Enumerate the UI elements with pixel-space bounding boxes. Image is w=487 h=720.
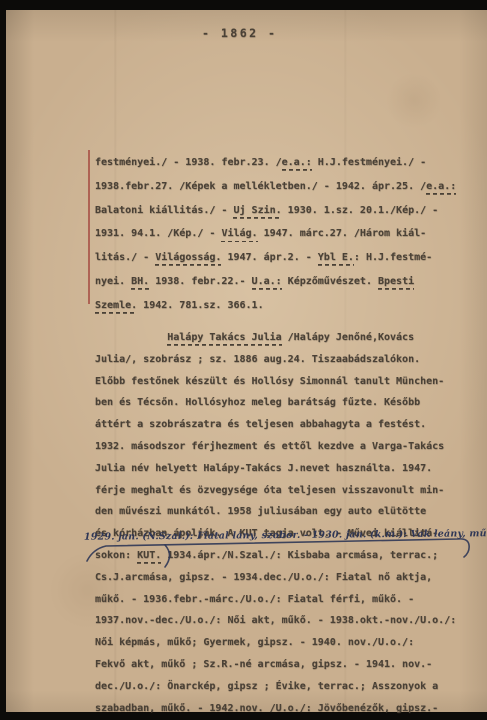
typed-text: Julia név helyett Halápy-Takács J.nevet …: [95, 463, 432, 474]
scan-edge-left: [0, 0, 6, 720]
underlined-text: BH.: [131, 276, 149, 290]
typed-text: áttért a szobrászatra és teljesen abbaha…: [95, 419, 426, 430]
typed-text: 1934.ápr./N.Szal./: Kisbaba arcmása, ter…: [161, 550, 438, 561]
typed-text: festményei./ - 1938. febr.23. /: [95, 157, 282, 168]
typed-text: Női képmás, műkő; Gyermek, gipsz. - 1940…: [95, 637, 414, 648]
underlined-text: Halápy Takács Julia: [167, 332, 281, 346]
typed-text: H.J.festményei./ -: [312, 157, 426, 168]
underlined-text: Szemle.: [95, 300, 137, 314]
underlined-text: e.a.:: [426, 181, 456, 195]
scanned-document-page: - 1862 - festményei./ - 1938. febr.23. /…: [0, 0, 487, 720]
paragraph-biography: Halápy Takács Julia /Halápy Jenőné,Kovác…: [95, 327, 456, 719]
typed-text: 1938. febr.22.-: [149, 276, 251, 287]
typed-text: /Halápy Jenőné,Kovács: [282, 332, 414, 343]
typed-line: Fekvő akt, műkő ; Sz.R.-né arcmása, gips…: [95, 654, 456, 676]
typed-text: Képzőművészet.: [282, 276, 378, 287]
typed-line: Szemle. 1942. 781.sz. 366.1.: [95, 294, 456, 318]
typed-line: sokon: KUT. 1934.ápr./N.Szal./: Kisbaba …: [95, 545, 456, 567]
typed-text: [95, 332, 167, 343]
typed-text: Fekvő akt, műkő ; Sz.R.-né arcmása, gips…: [95, 659, 432, 670]
typed-text: 1938.febr.27. /Képek a mellékletben./ - …: [95, 181, 426, 192]
typed-line: férje meghalt és özvegysége óta teljesen…: [95, 480, 456, 502]
typed-line: Cs.J.arcmása, gipsz. - 1934.dec./U.o./: …: [95, 567, 456, 589]
underlined-text: Világosság.: [155, 252, 221, 266]
page-number: - 1862 -: [202, 26, 277, 40]
typed-text: den művészi munkától. 1958 juliusában eg…: [95, 506, 426, 517]
typed-text: dec./U.o./: Önarckép, gipsz ; Évike, ter…: [95, 681, 438, 692]
paragraph-bibliography: festményei./ - 1938. febr.23. /e.a.: H.J…: [95, 151, 456, 318]
typed-text: 1932. másodszor férjhezment és ettől kez…: [95, 441, 444, 452]
typed-text: műkő. - 1936.febr.-márc./U.o./: Fiatal f…: [95, 594, 414, 605]
typed-text: 1937.nov.-dec./U.o./: Női akt, műkő. - 1…: [95, 615, 456, 626]
typed-line: Balatoni kiállitás./ - Uj Szin. 1930. 1.…: [95, 199, 456, 223]
typed-line: Julia név helyett Halápy-Takács J.nevet …: [95, 458, 456, 480]
typed-text: litás./ -: [95, 252, 155, 263]
typed-text: 1931. 94.1. /Kép./ -: [95, 228, 221, 239]
typed-line: ben és Técsőn. Hollósyhoz meleg barátság…: [95, 392, 456, 414]
typed-line: 1938.febr.27. /Képek a mellékletben./ - …: [95, 175, 456, 199]
typed-line: 1932. másodszor férjhezment és ettől kez…: [95, 436, 456, 458]
underlined-text: Uj Szin.: [233, 205, 281, 219]
typed-line: den művészi munkától. 1958 juliusában eg…: [95, 501, 456, 523]
typed-line: szabadban, műkő. - 1942.nov. /U.o./: Jöv…: [95, 698, 456, 720]
typed-line: Női képmás, műkő; Gyermek, gipsz. - 1940…: [95, 632, 456, 654]
underlined-text: U.a.:: [252, 276, 282, 290]
typed-text: ben és Técsőn. Hollósyhoz meleg barátság…: [95, 397, 420, 408]
typed-text: 1942. 781.sz. 366.1.: [137, 300, 263, 311]
typed-text: Balatoni kiállitás./ -: [95, 205, 233, 216]
underlined-text: KUT.: [137, 550, 161, 564]
typed-line: 1931. 94.1. /Kép./ - Világ. 1947. márc.2…: [95, 222, 456, 246]
typed-line: festményei./ - 1938. febr.23. /e.a.: H.J…: [95, 151, 456, 175]
typed-text: : H.J.festmé-: [354, 252, 432, 263]
typed-line: áttért a szobrászatra és teljesen abbaha…: [95, 414, 456, 436]
typed-line: műkő. - 1936.febr.-márc./U.o./: Fiatal f…: [95, 589, 456, 611]
underlined-text: e.a.:: [282, 157, 312, 171]
typed-text: 1930. 1.sz. 20.1./Kép./ -: [282, 205, 439, 216]
typed-line: nyei. BH. 1938. febr.22.- U.a.: Képzőműv…: [95, 270, 456, 294]
typed-text: 1947. márc.27. /Három kiál-: [258, 228, 427, 239]
scan-edge-top: [0, 0, 487, 10]
typed-line: Halápy Takács Julia /Halápy Jenőné,Kovác…: [95, 327, 456, 349]
underlined-text: Világ.: [221, 228, 257, 242]
typed-line: Julia/, szobrász ; sz. 1886 aug.24. Tisz…: [95, 349, 456, 371]
underlined-text: Bpesti: [378, 276, 414, 290]
typed-text: férje meghalt és özvegysége óta teljesen…: [95, 485, 444, 496]
red-margin-line: [88, 150, 90, 304]
typed-line: litás./ - Világosság. 1947. ápr.2. - Ybl…: [95, 246, 456, 270]
typed-text: Cs.J.arcmása, gipsz. - 1934.dec./U.o./: …: [95, 572, 432, 583]
typed-line: 1937.nov.-dec./U.o./: Női akt, műkő. - 1…: [95, 610, 456, 632]
typed-line: dec./U.o./: Önarckép, gipsz ; Évike, ter…: [95, 676, 456, 698]
typed-text: nyei.: [95, 276, 131, 287]
typed-line: Előbb festőnek készült és Hollósy Simonn…: [95, 371, 456, 393]
typed-text: 1947. ápr.2. -: [221, 252, 317, 263]
typed-text: sokon:: [95, 550, 137, 561]
underlined-text: Ybl E.: [318, 252, 354, 266]
typed-text: Julia/, szobrász ; sz. 1886 aug.24. Tisz…: [95, 354, 420, 365]
typed-text: szabadban, műkő. - 1942.nov. /U.o./: Jöv…: [95, 703, 438, 714]
typed-text: Előbb festőnek készült és Hollósy Simonn…: [95, 376, 444, 387]
